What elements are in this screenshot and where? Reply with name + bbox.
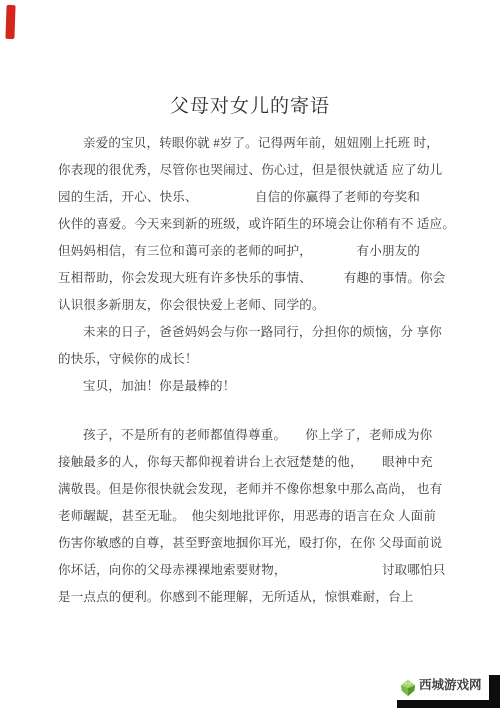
text-line: 的快乐，守候你的成长！	[58, 346, 450, 373]
text-line: 未来的日子，爸爸妈妈会与你一路同行，分担你的烦恼，分 享你	[58, 319, 450, 346]
text-line: 孩子，不是所有的老师都值得尊重。 你上学了，老师成为你	[58, 422, 450, 449]
text-line: 互相帮助，你会发现大班有许多快乐的事情、 有趣的事情。你会	[58, 265, 450, 292]
text-line: 满敬畏。但是你很快就会发现，老师并不像你想象中那么高尚， 也有	[58, 476, 450, 503]
watermark: 西城游戏网 · · · · · · · · · · · · · · · · · …	[397, 675, 500, 708]
paragraph-gap	[58, 400, 450, 422]
text-line: 伤害你敏感的自尊，甚至野蛮地掴你耳光，殴打你，在你 父母面前说	[58, 530, 450, 557]
text-line: 伙伴的喜爱。今天来到新的班级，或许陌生的环境会让你稍有不 适应。	[58, 211, 450, 238]
watermark-text-column: 西城游戏网 · · · · · · · · · · · · · · · · · …	[419, 678, 487, 697]
red-pen-mark	[5, 5, 15, 39]
text-line: 宝贝，加油！你是最棒的！	[58, 373, 450, 400]
text-line: 认识很多新朋友，你会很快爱上老师、同学的。	[58, 292, 450, 319]
text-line: 你坏话，向你的父母赤裸裸地索要财物， 讨取哪怕只	[58, 557, 450, 584]
watermark-logo: 西城游戏网 · · · · · · · · · · · · · · · · · …	[397, 675, 489, 700]
document-body: 亲爱的宝贝，转眼你就 #岁了。记得两年前，妞妞刚上托班 时， 你表现的很优秀，尽…	[58, 130, 450, 611]
gem-icon	[399, 679, 417, 697]
text-line: 你表现的很优秀，尽管你也哭闹过、伤心过，但是很快就适 应了幼儿	[58, 157, 450, 184]
text-line: 园的生活，开心、快乐、 自信的你赢得了老师的夸奖和	[58, 184, 450, 211]
text-line: 亲爱的宝贝，转眼你就 #岁了。记得两年前，妞妞刚上托班 时，	[58, 130, 450, 157]
document-page: 父母对女儿的寄语 亲爱的宝贝，转眼你就 #岁了。记得两年前，妞妞刚上托班 时， …	[0, 0, 500, 708]
watermark-tagline: · · · · · · · · · · · · · · · · · · · ·	[419, 692, 487, 697]
watermark-site-name: 西城游戏网	[419, 678, 487, 692]
text-line: 是一点点的便利。你感到不能理解，无所适从，惊惧难耐，台上	[58, 584, 450, 611]
page-title: 父母对女儿的寄语	[0, 91, 500, 118]
text-line: 接触最多的人，你每天都仰视着讲台上衣冠楚楚的他， 眼神中充	[58, 449, 450, 476]
text-line: 但妈妈相信，有三位和蔼可亲的老师的呵护， 有小朋友的	[58, 238, 450, 265]
text-line: 老师龌龊，甚至无耻。 他尖刻地批评你，用恶毒的语言在众 人面前	[58, 503, 450, 530]
